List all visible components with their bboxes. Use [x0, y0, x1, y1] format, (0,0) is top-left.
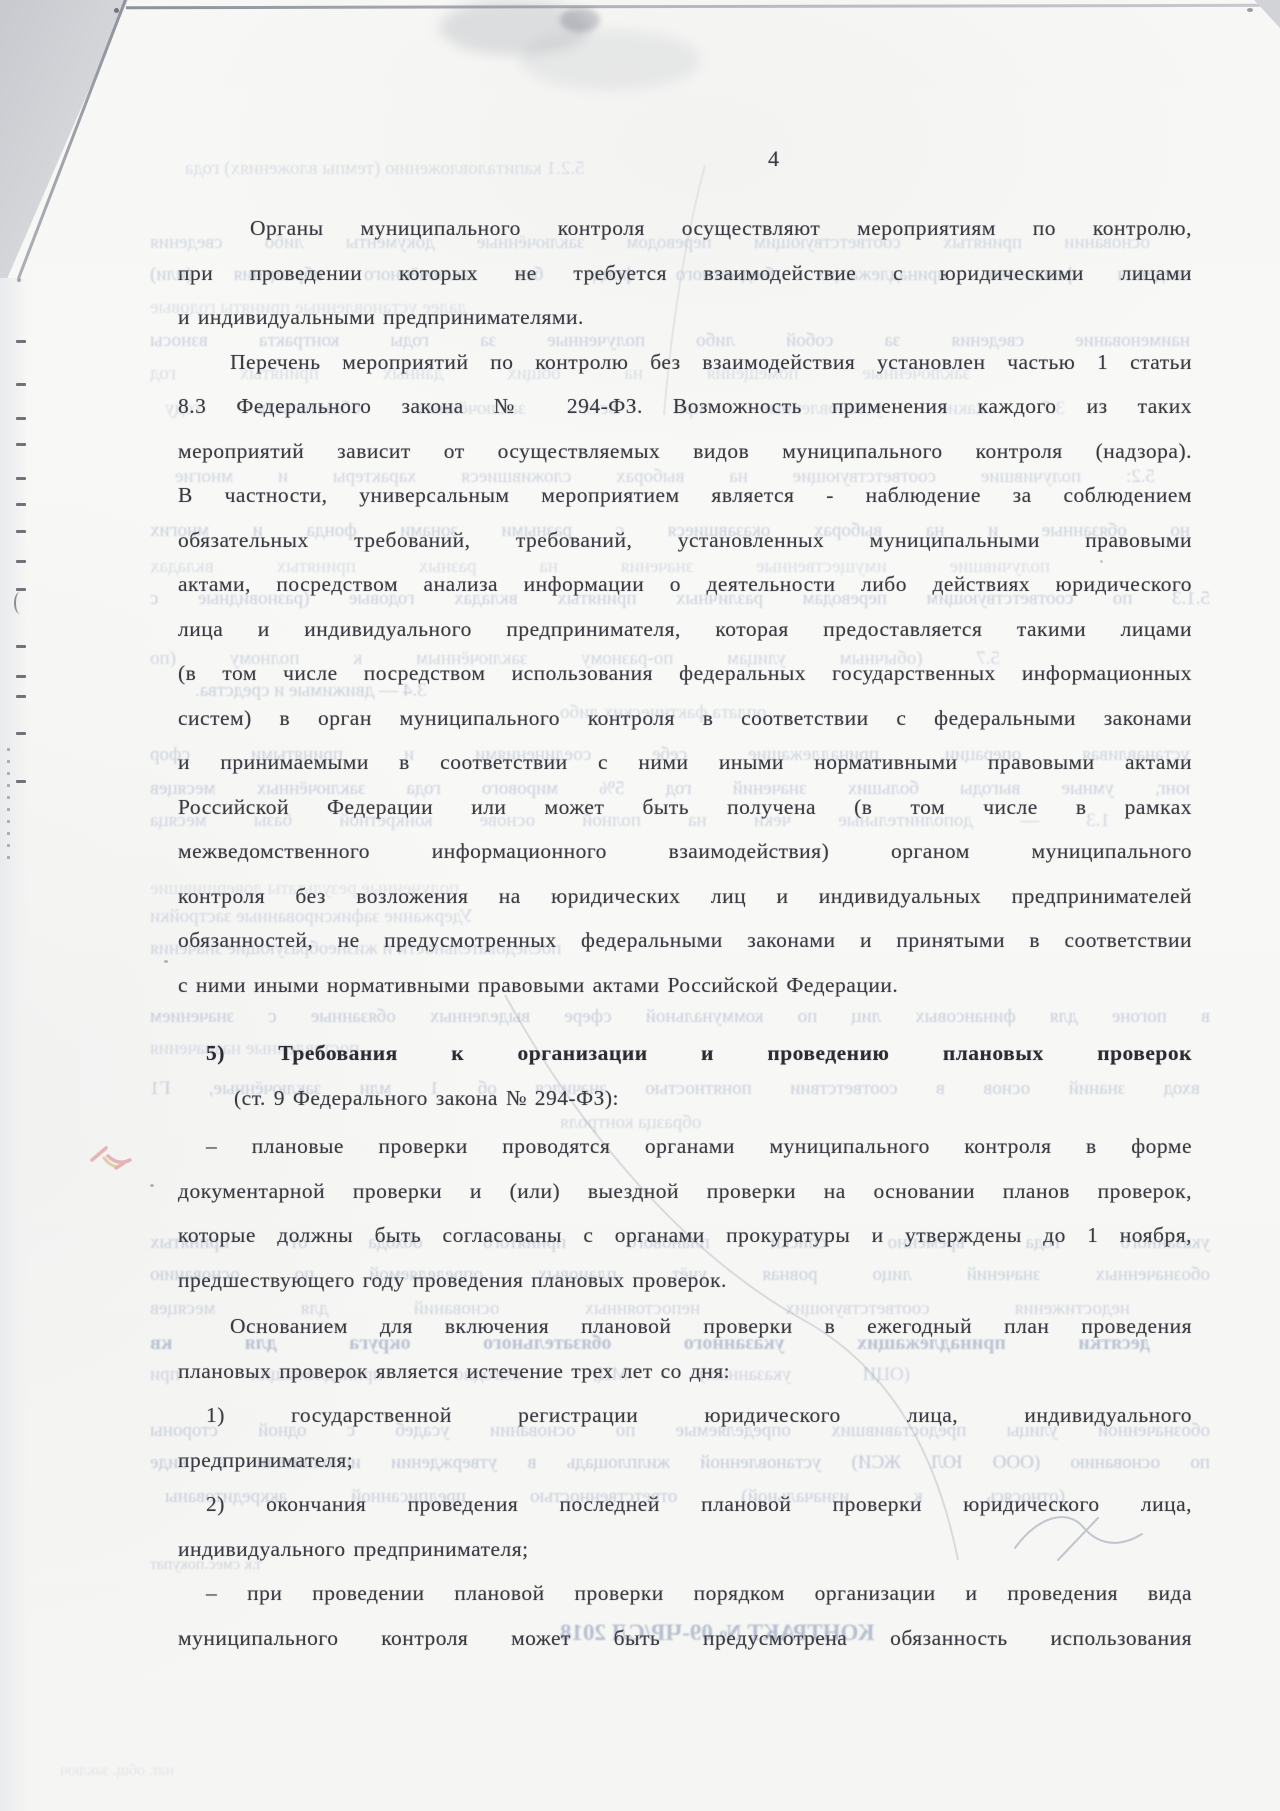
- dash-item-procedure: – при проведении плановой проверки поряд…: [178, 1571, 1192, 1660]
- text-line: – плановые проверки проводятся органами …: [178, 1124, 1192, 1169]
- text-line: Перечень мероприятий по контролю без вза…: [178, 340, 1192, 385]
- scanned-document-page: 5.2.1 капиталовложению (темпы вложениях)…: [0, 0, 1280, 1811]
- text-line: (в том числе посредством использования ф…: [178, 651, 1192, 696]
- paragraph-measures-list: Перечень мероприятий по контролю без вза…: [178, 340, 1192, 1008]
- numbered-item-1: 1) государственной регистрации юридическ…: [178, 1393, 1192, 1482]
- text-line: предшествующего году проведения плановых…: [178, 1258, 1192, 1303]
- edge-tick-mark: [16, 383, 26, 386]
- text-line: обязательных требований, требований, уст…: [178, 518, 1192, 563]
- edge-tick-mark: [16, 645, 26, 648]
- paragraph-grounds: Основанием для включения плановой провер…: [178, 1304, 1192, 1393]
- text-column: Органы муниципального контроля осуществл…: [178, 206, 1192, 1660]
- text-line: Органы муниципального контроля осуществл…: [178, 206, 1192, 251]
- text-line: лица и индивидуального предпринимателя, …: [178, 607, 1192, 652]
- text-line: (ст. 9 Федерального закона № 294-ФЗ):: [178, 1076, 1192, 1121]
- text-line: 8.3 Федерального закона № 294-ФЗ. Возмож…: [178, 384, 1192, 429]
- text-line: межведомственного информационного взаимо…: [178, 829, 1192, 874]
- text-line: которые должны быть согласованы с органа…: [178, 1213, 1192, 1258]
- text-line: при проведении которых не требуется взаи…: [178, 251, 1192, 296]
- text-line: – при проведении плановой проверки поряд…: [178, 1571, 1192, 1616]
- dash-item-planned-inspections: – плановые проверки проводятся органами …: [178, 1124, 1192, 1302]
- text-line: обязанностей, не предусмотренных федерал…: [178, 918, 1192, 963]
- text-line: 2) окончания проведения последней планов…: [178, 1482, 1192, 1527]
- text-line: и принимаемыми в соответствии с ними ины…: [178, 740, 1192, 785]
- text-line: плановых проверок является истечение тре…: [178, 1349, 1192, 1394]
- edge-curve-mark: [14, 592, 26, 614]
- bleedthrough-text: 5.2.1 капиталовложению (темпы вложениях)…: [185, 158, 584, 180]
- text-line: В частности, универсальным мероприятием …: [178, 473, 1192, 518]
- text-line: Российской Федерации или может быть полу…: [178, 785, 1192, 830]
- edge-tick-mark: [16, 588, 26, 591]
- text-line: систем) в орган муниципального контроля …: [178, 696, 1192, 741]
- page-number: 4: [768, 146, 779, 172]
- edge-tick-mark: [16, 732, 26, 735]
- heading-item-5: 5) Требования к организации и проведению…: [178, 1031, 1192, 1120]
- text-line: с ними иными нормативными правовыми акта…: [178, 963, 1192, 1008]
- edge-tick-mark: [16, 443, 26, 446]
- text-line: 1) государственной регистрации юридическ…: [178, 1393, 1192, 1438]
- edge-tick-mark: [16, 340, 26, 343]
- paragraph-control-bodies: Органы муниципального контроля осуществл…: [178, 206, 1192, 340]
- text-line: муниципального контроля может быть преду…: [178, 1616, 1192, 1661]
- text-line: Основанием для включения плановой провер…: [178, 1304, 1192, 1349]
- edge-tick-mark: [16, 560, 26, 563]
- edge-tick-mark: [16, 530, 26, 533]
- text-line: предпринимателя;: [178, 1438, 1192, 1483]
- edge-tick-mark: [16, 695, 26, 698]
- edge-tick-mark: [16, 780, 26, 783]
- text-line: индивидуального предпринимателя;: [178, 1527, 1192, 1572]
- edge-tick-mark: [16, 675, 26, 678]
- bleedthrough-text: нат. общ. заключ: [60, 1762, 174, 1780]
- text-line: мероприятий зависит от осуществляемых ви…: [178, 429, 1192, 474]
- edge-tick-mark: [16, 477, 26, 480]
- text-line: и индивидуальными предпринимателями.: [178, 295, 1192, 340]
- text-line: документарной проверки и (или) выездной …: [178, 1169, 1192, 1214]
- text-line: 5) Требования к организации и проведению…: [178, 1031, 1192, 1076]
- text-line: актами, посредством анализа информации о…: [178, 562, 1192, 607]
- numbered-item-2: 2) окончания проведения последней планов…: [178, 1482, 1192, 1571]
- edge-tick-mark: [16, 417, 26, 420]
- edge-tick-mark: [16, 503, 26, 506]
- text-line: контроля без возложения на юридических л…: [178, 874, 1192, 919]
